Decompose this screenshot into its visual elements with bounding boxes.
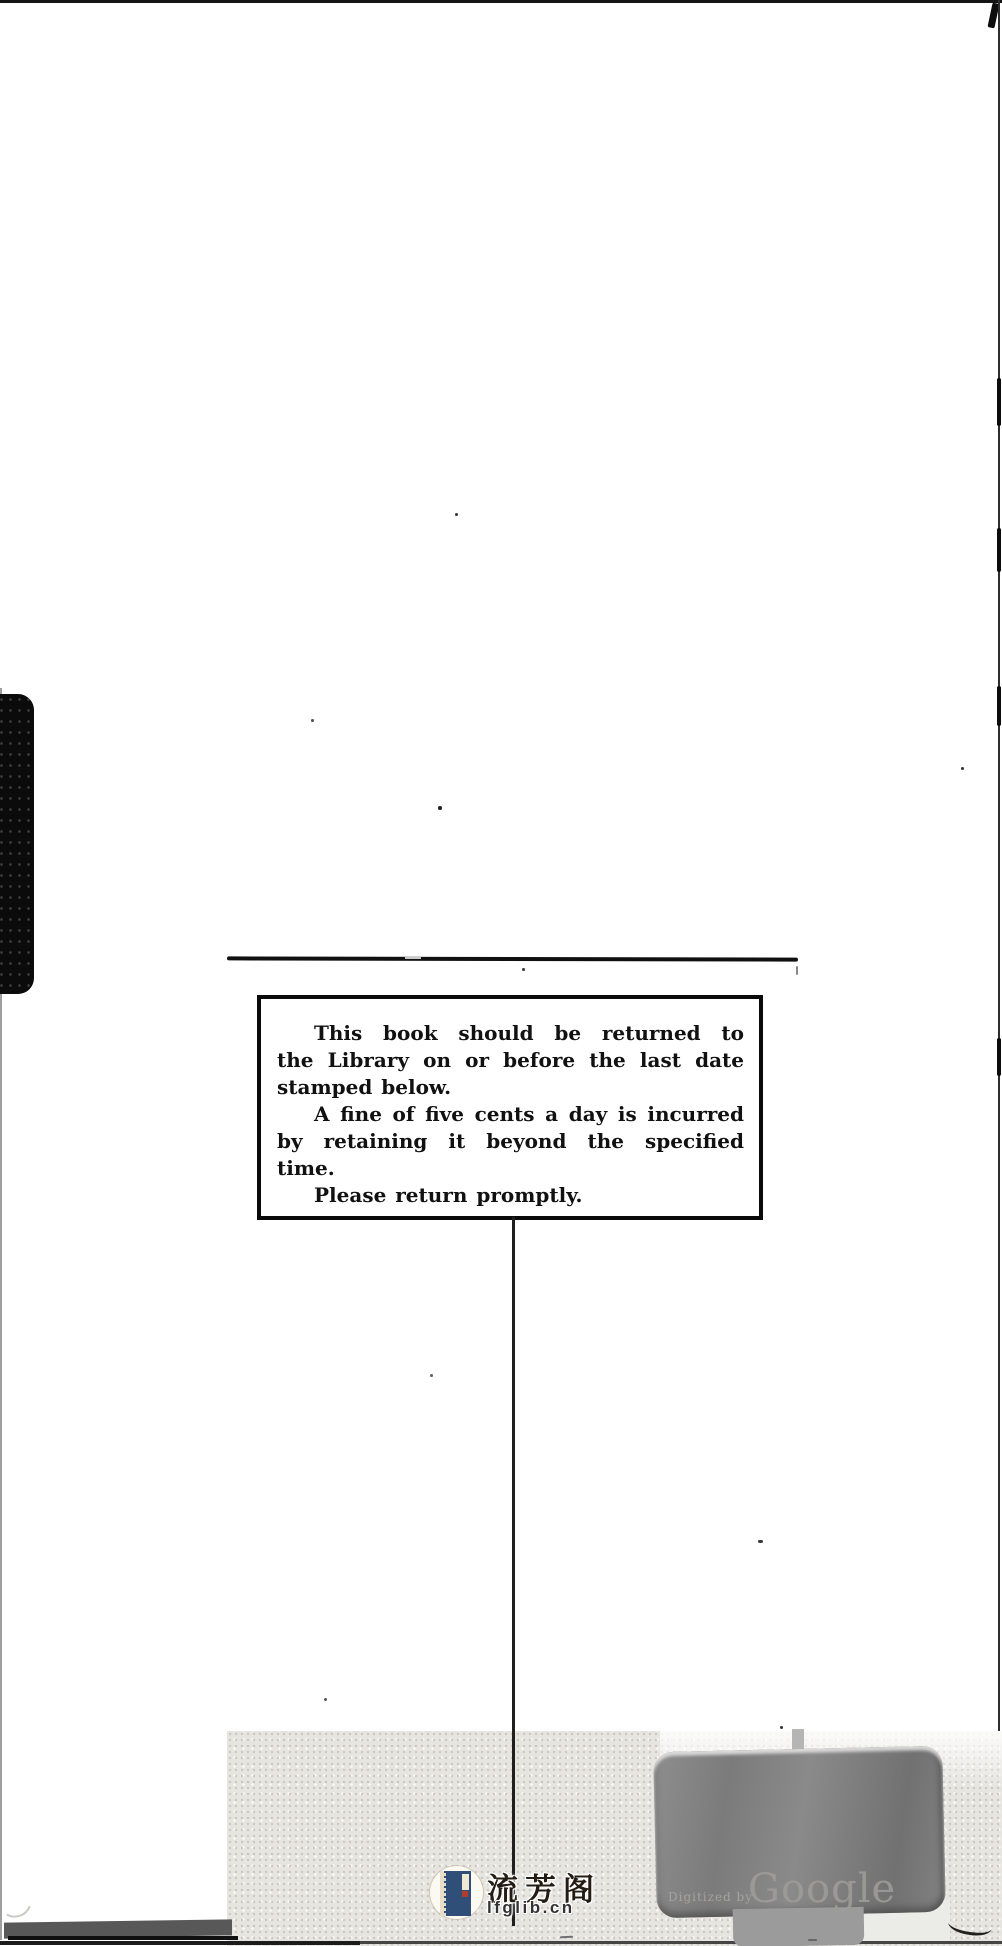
right-edge-mark: [997, 686, 1001, 726]
right-edge-mark: [997, 1038, 1001, 1076]
dust-speck: [430, 1374, 433, 1377]
top-edge-scan-line: [0, 0, 1002, 3]
scanned-page: This book should be returned to the Libr…: [0, 0, 1002, 1946]
dust-speck: [455, 513, 458, 516]
divider-rule: [227, 956, 798, 961]
watermark-site-text: lfglib.cn: [487, 1898, 575, 1918]
library-notice-box: This book should be returned to the Libr…: [257, 995, 763, 1220]
notice-line: A fine of five cents a day is incurred: [277, 1101, 744, 1128]
right-edge-mark: [997, 528, 1001, 572]
dust-mark: [808, 1939, 817, 1941]
bottom-edge-scan-line-dark: [0, 1941, 360, 1945]
divider-rule-thin-spot: [405, 957, 421, 959]
notice-line: stamped below.: [277, 1074, 744, 1101]
notice-line: by retaining it beyond the specified: [277, 1128, 744, 1155]
book-red-seal: [462, 1891, 468, 1897]
dust-speck: [780, 1726, 783, 1729]
left-ink-blot: [0, 694, 34, 994]
book-spine-stitching: [440, 1871, 446, 1916]
dust-mark: [758, 1540, 763, 1543]
dust-speck: [438, 806, 442, 810]
notice-line: This book should be returned to: [277, 1020, 744, 1047]
notice-line: Please return promptly.: [277, 1182, 744, 1209]
notice-line: the Library on or before the last date: [277, 1047, 744, 1074]
notice-line: time.: [277, 1155, 744, 1182]
bottom-left-faint-curl: [0, 1869, 38, 1923]
right-edge-mark: [997, 378, 1001, 426]
google-wordmark: Google: [748, 1866, 896, 1912]
bottom-left-edge-line: [8, 1936, 238, 1940]
digitized-by-label: Digitized by: [668, 1890, 753, 1904]
dust-speck: [311, 719, 314, 722]
clasp-stem-bottom: [733, 1907, 865, 1946]
dust-speck: [522, 968, 525, 971]
dust-mark: [796, 966, 798, 975]
dust-speck: [961, 767, 964, 770]
book-title-label: [462, 1874, 469, 1890]
right-edge-scan-line: [998, 0, 1000, 1908]
stamp-column-line: [512, 1217, 515, 1926]
dust-speck: [324, 1698, 327, 1701]
